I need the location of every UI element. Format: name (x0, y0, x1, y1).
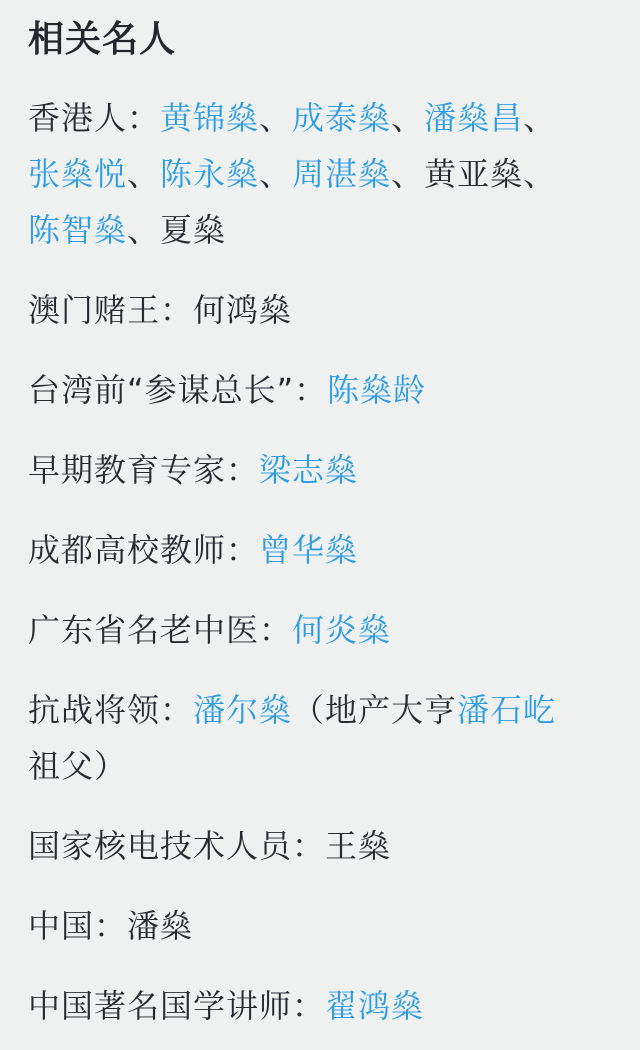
person-category-row: 广东省名老中医：何炎燊 (28, 602, 612, 658)
person-category-row: 中国著名国学讲师：翟鸿燊 (28, 978, 612, 1034)
list-separator: 、 (127, 155, 160, 193)
category-label: 国家核电技术人员： (28, 818, 325, 874)
person-name: 潘燊 (127, 907, 193, 945)
person-unit: 何鸿燊 (193, 282, 292, 338)
person-link[interactable]: 陈永燊 (160, 155, 259, 193)
category-label: 澳门赌王： (28, 282, 193, 338)
person-unit: 黄锦燊、 (160, 90, 292, 146)
person-name: 王燊 (325, 827, 391, 865)
person-link[interactable]: 潘尔燊 (193, 691, 292, 729)
person-unit: 潘尔燊 (193, 682, 292, 738)
category-label: 成都高校教师： (28, 522, 259, 578)
list-separator: 、 (259, 155, 292, 193)
person-unit: 王燊 (325, 818, 391, 874)
person-unit: 陈燊龄 (327, 362, 426, 418)
person-unit: 成泰燊、 (292, 90, 424, 146)
person-category-row: 成都高校教师：曾华燊 (28, 522, 612, 578)
person-link[interactable]: 梁志燊 (259, 451, 358, 489)
person-link[interactable]: 黄锦燊 (160, 99, 259, 137)
person-link[interactable]: 陈智燊 (28, 211, 127, 249)
person-link[interactable]: 何炎燊 (292, 611, 391, 649)
related-celebrities-section: 相关名人 香港人：黄锦燊、成泰燊、潘燊昌、张燊悦、陈永燊、周湛燊、黄亚燊、陈智燊… (0, 0, 640, 1034)
person-link[interactable]: 张燊悦 (28, 155, 127, 193)
person-unit: 何炎燊 (292, 602, 391, 658)
person-unit: 潘燊昌、 (424, 90, 556, 146)
list-separator: 、 (127, 211, 160, 249)
person-name: 何鸿燊 (193, 291, 292, 329)
person-category-row: 抗战将领：潘尔燊（地产大亨潘石屹祖父） (28, 682, 612, 794)
person-name: 黄亚燊 (424, 155, 523, 193)
person-unit: 潘石屹 (457, 682, 556, 738)
person-unit: 梁志燊 (259, 442, 358, 498)
sections-list: 香港人：黄锦燊、成泰燊、潘燊昌、张燊悦、陈永燊、周湛燊、黄亚燊、陈智燊、夏燊澳门… (28, 90, 612, 1034)
person-unit: （地产大亨 (292, 682, 457, 738)
page-title: 相关名人 (28, 14, 612, 66)
person-unit: 翟鸿燊 (325, 978, 424, 1034)
list-separator: 、 (523, 99, 556, 137)
person-name: 夏燊 (160, 211, 226, 249)
list-separator: 、 (259, 99, 292, 137)
person-link[interactable]: 潘燊昌 (424, 99, 523, 137)
person-link[interactable]: 陈燊龄 (327, 371, 426, 409)
person-category-row: 香港人：黄锦燊、成泰燊、潘燊昌、张燊悦、陈永燊、周湛燊、黄亚燊、陈智燊、夏燊 (28, 90, 612, 258)
list-separator: 、 (391, 99, 424, 137)
person-unit: 张燊悦、 (28, 146, 160, 202)
person-unit: 周湛燊、 (292, 146, 424, 202)
person-unit: 潘燊 (127, 898, 193, 954)
category-label: 中国： (28, 898, 127, 954)
person-category-row: 澳门赌王：何鸿燊 (28, 282, 612, 338)
person-unit: 陈永燊、 (160, 146, 292, 202)
list-separator: 、 (391, 155, 424, 193)
person-unit: 陈智燊、 (28, 202, 160, 258)
person-unit: 黄亚燊、 (424, 146, 556, 202)
category-label: 抗战将领： (28, 682, 193, 738)
person-unit: 夏燊 (160, 202, 226, 258)
person-name: 祖父） (28, 747, 127, 785)
category-label: 广东省名老中医： (28, 602, 292, 658)
category-label: 台湾前“参谋总长”： (28, 362, 327, 418)
person-name: （地产大亨 (292, 691, 457, 729)
person-link[interactable]: 潘石屹 (457, 691, 556, 729)
category-label: 中国著名国学讲师： (28, 978, 325, 1034)
list-separator: 、 (523, 155, 556, 193)
person-link[interactable]: 周湛燊 (292, 155, 391, 193)
person-link[interactable]: 翟鸿燊 (325, 987, 424, 1025)
category-label: 香港人： (28, 90, 160, 146)
person-category-row: 早期教育专家：梁志燊 (28, 442, 612, 498)
person-unit: 曾华燊 (259, 522, 358, 578)
person-link[interactable]: 曾华燊 (259, 531, 358, 569)
person-category-row: 中国：潘燊 (28, 898, 612, 954)
person-unit: 祖父） (28, 738, 127, 794)
category-label: 早期教育专家： (28, 442, 259, 498)
person-link[interactable]: 成泰燊 (292, 99, 391, 137)
person-category-row: 国家核电技术人员：王燊 (28, 818, 612, 874)
person-category-row: 台湾前“参谋总长”：陈燊龄 (28, 362, 612, 418)
